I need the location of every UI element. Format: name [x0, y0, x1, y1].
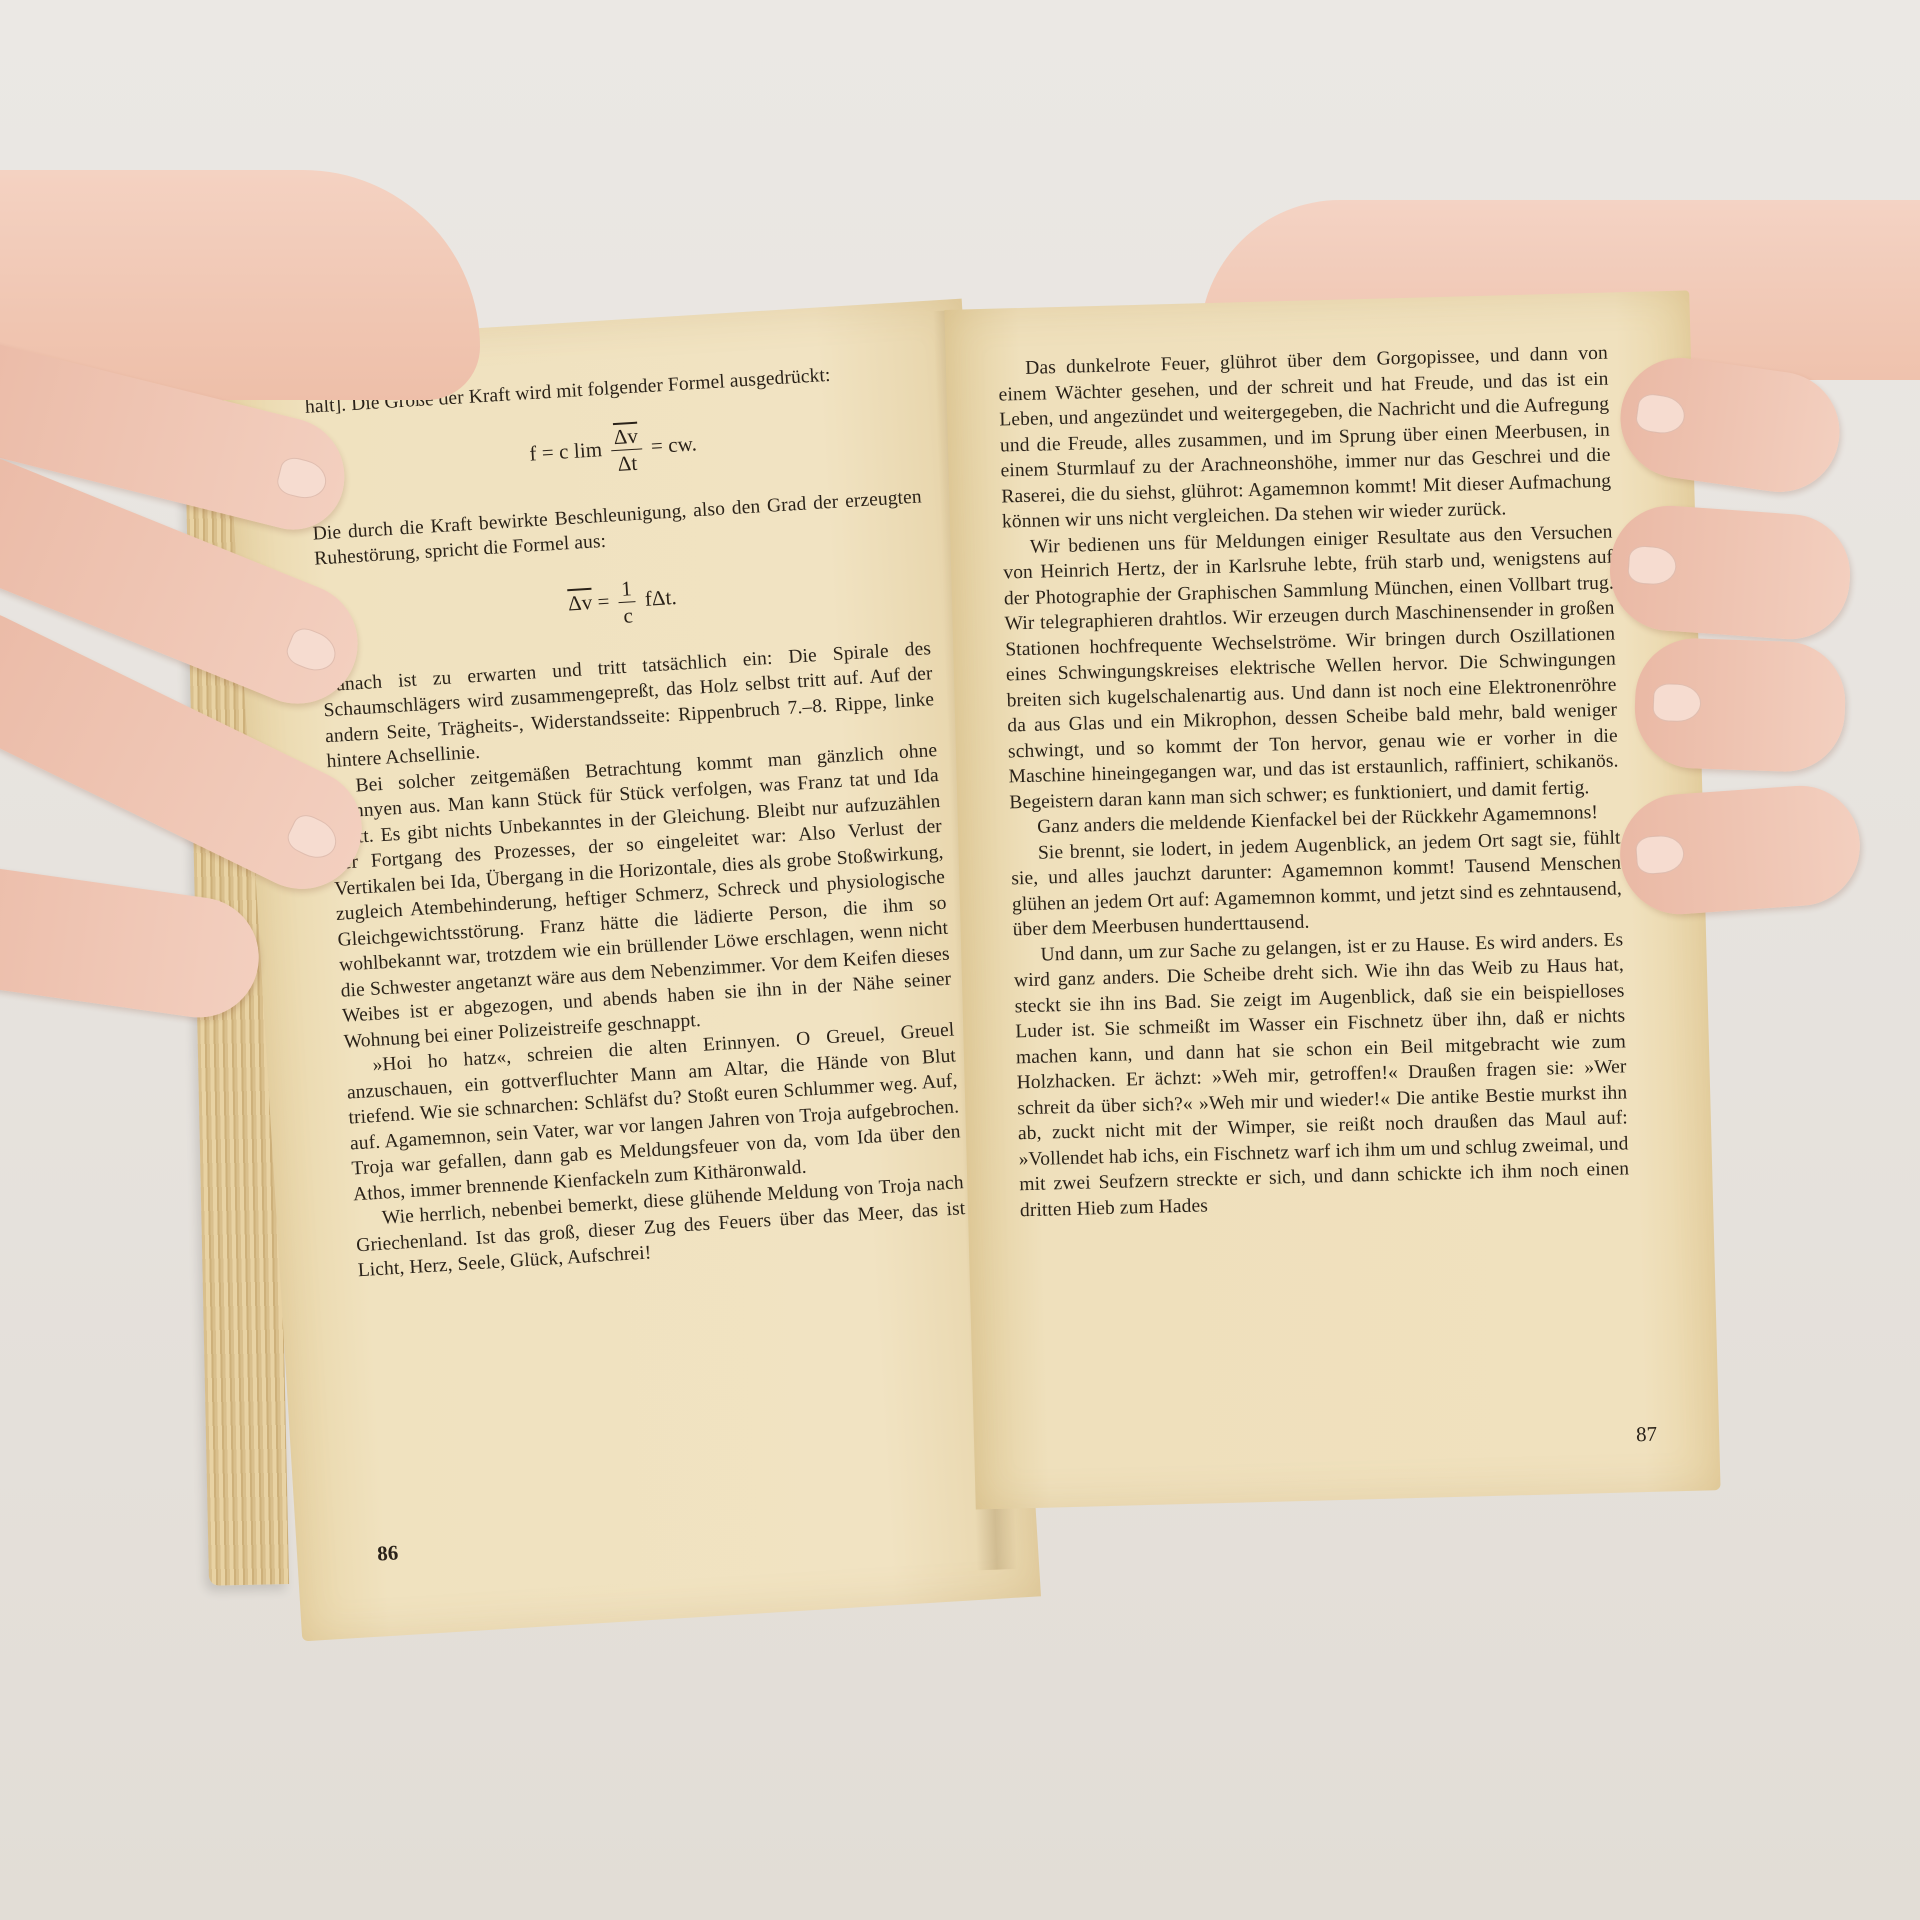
- right-hand-finger: [1606, 502, 1854, 643]
- right-page-text: Das dunkelrote Feuer, glührot über dem G…: [998, 341, 1630, 1224]
- formula-denominator: c: [619, 602, 637, 629]
- formula-numerator: Δv: [610, 422, 642, 451]
- formula-force: f = c lim Δv Δt = cw.: [307, 405, 919, 495]
- right-hand-finger: [1616, 782, 1864, 918]
- paragraph: Bei solcher zeitgemäßen Betrachtung komm…: [328, 737, 954, 1054]
- paragraph: Wir bedienen uns für Meldungen einiger R…: [1002, 519, 1619, 815]
- right-page: Das dunkelrote Feuer, glührot über dem G…: [944, 290, 1720, 1509]
- fingernail: [1652, 683, 1701, 723]
- page-number-right: 87: [1636, 1422, 1658, 1448]
- formula-rhs: fΔt.: [644, 584, 677, 610]
- formula-equals: =: [597, 589, 610, 614]
- paragraph: Die durch die Kraft bewirkte Beschleunig…: [312, 484, 924, 572]
- fingernail: [1634, 392, 1687, 436]
- formula-fraction: 1 c: [617, 575, 637, 629]
- fingernail: [274, 455, 330, 503]
- photo-scene: halt]. Die Größe der Kraft wird mit folg…: [0, 0, 1920, 1920]
- formula-lhs: f = c lim: [529, 437, 603, 465]
- paragraph: Das dunkelrote Feuer, glührot über dem G…: [998, 341, 1612, 535]
- fingernail: [1627, 545, 1678, 586]
- fingernail: [1635, 834, 1686, 875]
- formula-rhs: = cw.: [650, 431, 697, 458]
- left-page: halt]. Die Größe der Kraft wird mit folg…: [223, 299, 1041, 1642]
- paragraph: Und dann, um zur Sache zu gelangen, ist …: [1013, 927, 1630, 1223]
- paragraph: Sie brennt, sie lodert, in jedem Augenbl…: [1010, 825, 1622, 943]
- fingernail: [283, 810, 343, 865]
- right-hand-finger: [1633, 636, 1847, 773]
- left-page-text: halt]. Die Größe der Kraft wird mit folg…: [304, 358, 967, 1284]
- page-number-left: 86: [376, 1540, 398, 1566]
- formula-numerator: 1: [617, 575, 635, 603]
- fingernail: [283, 624, 342, 677]
- formula-fraction: Δv Δt: [610, 422, 643, 477]
- formula-denominator: Δt: [612, 449, 644, 477]
- formula-acceleration: Δv = 1 c fΔt.: [316, 557, 928, 647]
- formula-lhs: Δv: [567, 590, 593, 615]
